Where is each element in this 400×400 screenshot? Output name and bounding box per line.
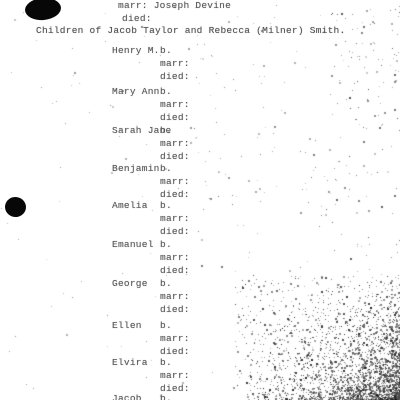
child-name: Ellen: [112, 320, 142, 332]
child-name: Mary Ann: [112, 86, 160, 98]
child-name: Amelia: [112, 200, 148, 212]
child-name: Benjamin: [112, 163, 160, 175]
child-name: Henry M.: [112, 45, 160, 57]
scanned-document-page: marr: Joseph Devine died: Children of Ja…: [0, 0, 400, 400]
child-name: Elvira: [112, 357, 148, 369]
child-died: died:: [160, 304, 190, 316]
child-birth: b.: [160, 125, 172, 137]
child-birth: b.: [160, 86, 172, 98]
child-died: died:: [160, 71, 190, 83]
child-birth: b.: [160, 163, 172, 175]
child-birth: b.: [160, 200, 172, 212]
child-marr: marr:: [160, 252, 190, 264]
child-died: died:: [160, 265, 190, 277]
child-birth: b.: [160, 45, 172, 57]
child-marr: marr:: [160, 213, 190, 225]
child-birth: b.: [160, 393, 172, 400]
child-birth: b.: [160, 278, 172, 290]
child-name: Emanuel: [112, 239, 154, 251]
child-name: George: [112, 278, 148, 290]
child-marr: marr:: [160, 333, 190, 345]
child-died: died:: [160, 112, 190, 124]
child-marr: marr:: [160, 138, 190, 150]
parent-death-line: died:: [122, 13, 152, 25]
child-marr: marr:: [160, 58, 190, 70]
child-died: died:: [160, 151, 190, 163]
child-birth: b.: [160, 357, 172, 369]
child-marr: marr:: [160, 99, 190, 111]
child-birth: b.: [160, 320, 172, 332]
child-died: died:: [160, 226, 190, 238]
child-marr: marr:: [160, 176, 190, 188]
children-heading: Children of Jacob Taylor and Rebecca (Mi…: [36, 25, 345, 37]
child-marr: marr:: [160, 291, 190, 303]
scan-noise-layer: [0, 0, 400, 400]
child-birth: b.: [160, 239, 172, 251]
child-marr: marr:: [160, 370, 190, 382]
child-name: Jacob: [112, 393, 142, 400]
parent-marriage-line: marr: Joseph Devine: [118, 0, 231, 12]
